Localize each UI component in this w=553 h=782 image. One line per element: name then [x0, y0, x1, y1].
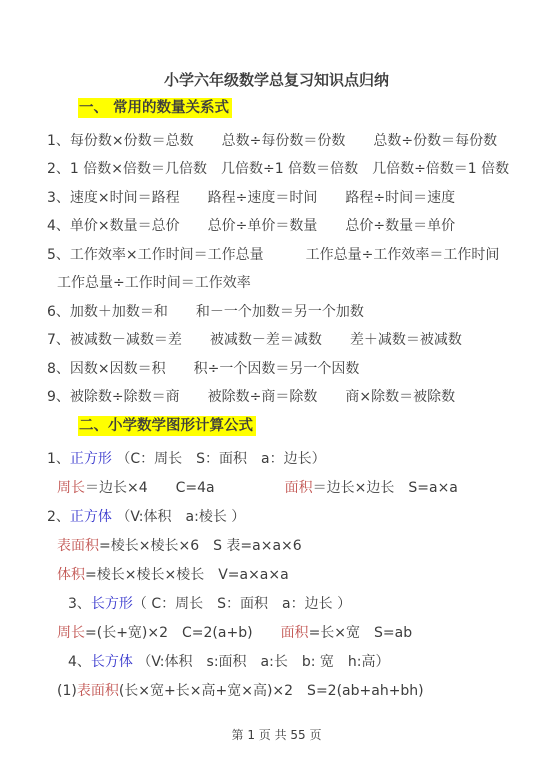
text-line: 周长＝边长×4 C=4a 面积＝边长×边长 S=a×a — [0, 474, 553, 503]
highlighted-heading-text: 一、 常用的数量关系式 — [78, 98, 232, 118]
text-run: 2、 — [47, 509, 70, 525]
text-run: 1、 — [47, 451, 70, 467]
term-measure-red: 表面积 — [77, 683, 119, 699]
text-line: 表面积=棱长×棱长×6 S 表=a×a×6 — [0, 532, 553, 561]
text-line: 1、每份数×份数＝总数 总数÷每份数＝份数 总数÷份数＝每份数 — [0, 127, 553, 156]
text-run: ＝边长×4 C=4a — [85, 480, 285, 496]
text-run: 7、被减数－减数＝差 被减数－差＝减数 差＋减数＝被减数 — [47, 332, 462, 348]
term-shape-blue: 长方形 — [91, 596, 133, 612]
term-measure-red: 体积 — [57, 567, 85, 583]
text-line: 1、正方形 （C：周长 S：面积 a：边长） — [0, 445, 553, 474]
text-run: 二、小学数学图形计算公式 — [79, 418, 253, 434]
text-line: (1)表面积(长×宽+长×高+宽×高)×2 S=2(ab+ah+bh) — [0, 677, 553, 706]
text-run: =(长+宽)×2 C=2(a+b) — [85, 625, 281, 641]
text-run: 工作总量÷工作时间＝工作效率 — [57, 275, 251, 291]
text-line: 8、因数×因数＝积 积÷一个因数＝另一个因数 — [0, 355, 553, 384]
text-line: 2、1 倍数×倍数＝几倍数 几倍数÷1 倍数＝倍数 几倍数÷倍数＝1 倍数 — [0, 155, 553, 184]
document-title: 小学六年级数学总复习知识点归纳 — [0, 66, 553, 94]
text-run: （ C：周长 S：面积 a：边长 ） — [133, 596, 351, 612]
document-page: 小学六年级数学总复习知识点归纳 一、 常用的数量关系式1、每份数×份数＝总数 总… — [0, 0, 553, 782]
term-shape-blue: 长方体 — [91, 654, 133, 670]
text-line: 3、速度×时间＝路程 路程÷速度＝时间 路程÷时间＝速度 — [0, 184, 553, 213]
document-body: 一、 常用的数量关系式1、每份数×份数＝总数 总数÷每份数＝份数 总数÷份数＝每… — [0, 94, 553, 706]
text-line: 2、正方体 （V:体积 a:棱长 ） — [0, 503, 553, 532]
text-run: 4、 — [68, 654, 91, 670]
term-measure-red: 面积 — [285, 480, 313, 496]
text-run: （C：周长 S：面积 a：边长） — [112, 451, 326, 467]
text-run: =棱长×棱长×6 S 表=a×a×6 — [99, 538, 302, 554]
text-line: 4、长方体 （V:体积 s:面积 a:长 b: 宽 h:高） — [0, 648, 553, 677]
page-number-footer: 第 1 页 共 55 页 — [0, 726, 553, 743]
text-run: （V:体积 s:面积 a:长 b: 宽 h:高） — [133, 654, 390, 670]
text-line: 7、被减数－减数＝差 被减数－差＝减数 差＋减数＝被减数 — [0, 326, 553, 355]
term-shape-blue: 正方体 — [70, 509, 112, 525]
text-run: 6、加数＋加数＝和 和－一个加数＝另一个加数 — [47, 304, 364, 320]
section-heading: 一、 常用的数量关系式 — [0, 94, 553, 123]
term-measure-red: 周长 — [57, 625, 85, 641]
term-shape-blue: 正方形 — [70, 451, 112, 467]
text-run: 1、每份数×份数＝总数 总数÷每份数＝份数 总数÷份数＝每份数 — [47, 133, 497, 149]
term-measure-red: 周长 — [57, 480, 85, 496]
text-run: =长×宽 S=ab — [309, 625, 413, 641]
text-line: 体积=棱长×棱长×棱长 V=a×a×a — [0, 561, 553, 590]
text-run: ＝边长×边长 S=a×a — [313, 480, 458, 496]
text-line: 周长=(长+宽)×2 C=2(a+b) 面积=长×宽 S=ab — [0, 619, 553, 648]
text-line: 工作总量÷工作时间＝工作效率 — [0, 269, 553, 298]
text-line: 3、长方形（ C：周长 S：面积 a：边长 ） — [0, 590, 553, 619]
text-run: 2、1 倍数×倍数＝几倍数 几倍数÷1 倍数＝倍数 几倍数÷倍数＝1 倍数 — [47, 161, 509, 177]
text-line: 5、工作效率×工作时间＝工作总量 工作总量÷工作效率＝工作时间 — [0, 241, 553, 270]
text-run: 8、因数×因数＝积 积÷一个因数＝另一个因数 — [47, 361, 359, 377]
text-run: （V:体积 a:棱长 ） — [112, 509, 245, 525]
text-run: =棱长×棱长×棱长 V=a×a×a — [85, 567, 289, 583]
section-heading: 二、小学数学图形计算公式 — [0, 412, 553, 441]
text-run: (长×宽+长×高+宽×高)×2 S=2(ab+ah+bh) — [119, 683, 424, 699]
highlighted-heading-text: 二、小学数学图形计算公式 — [78, 416, 256, 436]
text-line: 6、加数＋加数＝和 和－一个加数＝另一个加数 — [0, 298, 553, 327]
text-run: 9、被除数÷除数＝商 被除数÷商＝除数 商×除数＝被除数 — [47, 389, 455, 405]
text-line: 4、单价×数量＝总价 总价÷单价＝数量 总价÷数量＝单价 — [0, 212, 553, 241]
text-run: 3、速度×时间＝路程 路程÷速度＝时间 路程÷时间＝速度 — [47, 190, 455, 206]
text-run: 3、 — [68, 596, 91, 612]
text-line: 9、被除数÷除数＝商 被除数÷商＝除数 商×除数＝被除数 — [0, 383, 553, 412]
term-measure-red: 面积 — [281, 625, 309, 641]
term-measure-red: 表面积 — [57, 538, 99, 554]
text-run: 5、工作效率×工作时间＝工作总量 工作总量÷工作效率＝工作时间 — [47, 247, 499, 263]
text-run: (1) — [57, 683, 77, 699]
text-run: 4、单价×数量＝总价 总价÷单价＝数量 总价÷数量＝单价 — [47, 218, 455, 234]
text-run: 一、 常用的数量关系式 — [79, 100, 229, 116]
document-content: 小学六年级数学总复习知识点归纳 一、 常用的数量关系式1、每份数×份数＝总数 总… — [0, 66, 553, 706]
